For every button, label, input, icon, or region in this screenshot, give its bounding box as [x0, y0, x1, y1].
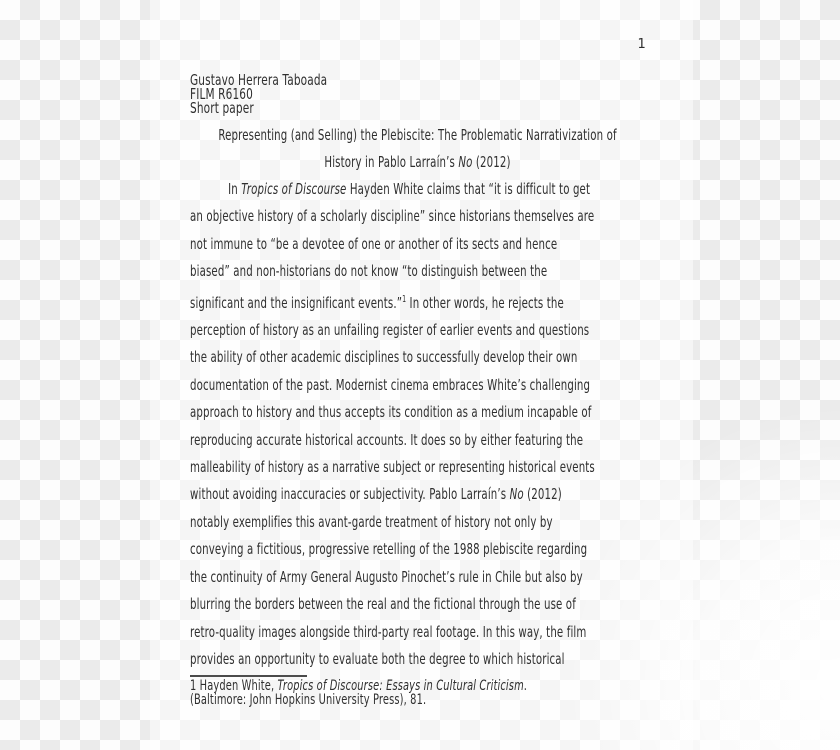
- text-segment: In other words, he rejects the: [406, 294, 564, 312]
- text-line: Short paper: [190, 101, 652, 115]
- text-line: the ability of other academic discipline…: [190, 344, 652, 371]
- text-line: not immune to “be a devotee of one or an…: [190, 231, 652, 258]
- text-segment: significant and the insignificant events…: [190, 294, 402, 312]
- text-line: malleability of history as a narrative s…: [190, 454, 652, 481]
- text-line: approach to history and thus accepts its…: [190, 399, 652, 426]
- text-segment: retro-quality images alongside third-par…: [190, 623, 586, 641]
- text-segment: In: [190, 180, 241, 198]
- text-segment: an objective history of a scholarly disc…: [190, 207, 594, 225]
- text-line: reproducing accurate historical accounts…: [190, 427, 652, 454]
- text-segment: provides an opportunity to evaluate both…: [190, 650, 565, 668]
- text-line: notably exemplifies this avant-garde tre…: [190, 509, 652, 536]
- text-line: History in Pablo Larraín’s No (2012): [190, 149, 645, 176]
- footnote: 1 Hayden White, Tropics of Discourse: Es…: [190, 679, 666, 707]
- text-segment: Tropics of Discourse: [241, 180, 346, 198]
- text-segment: reproducing accurate historical accounts…: [190, 431, 583, 449]
- text-segment: blurring the borders between the real an…: [190, 595, 576, 613]
- text-line: provides an opportunity to evaluate both…: [190, 646, 652, 673]
- text-segment: perception of history as an unfailing re…: [190, 321, 589, 339]
- text-segment: biased” and non-historians do not know “…: [190, 262, 547, 280]
- page-number: 1: [590, 37, 646, 52]
- text-segment: (Baltimore: John Hopkins University Pres…: [190, 692, 426, 708]
- text-line: without avoiding inaccuracies or subject…: [190, 481, 652, 508]
- text-line: perception of history as an unfailing re…: [190, 317, 652, 344]
- paper-title: Representing (and Selling) the Plebiscit…: [190, 122, 645, 177]
- text-segment: without avoiding inaccuracies or subject…: [190, 485, 510, 503]
- text-segment: History in Pablo Larraín’s: [324, 153, 458, 171]
- text-segment: No: [458, 153, 472, 171]
- text-line: Representing (and Selling) the Plebiscit…: [190, 122, 645, 149]
- text-segment: approach to history and thus accepts its…: [190, 403, 591, 421]
- body-paragraph: In Tropics of Discourse Hayden White cla…: [190, 176, 652, 673]
- author-header-block: Gustavo Herrera TaboadaFILM R6160Short p…: [190, 73, 652, 116]
- document-canvas: 1 Gustavo Herrera TaboadaFILM R6160Short…: [0, 0, 840, 750]
- text-line: blurring the borders between the real an…: [190, 591, 652, 618]
- text-line: significant and the insignificant events…: [190, 286, 652, 317]
- text-line: retro-quality images alongside third-par…: [190, 619, 652, 646]
- footnote-separator: [190, 675, 307, 677]
- text-segment: not immune to “be a devotee of one or an…: [190, 235, 557, 253]
- text-line: 1 Hayden White, Tropics of Discourse: Es…: [190, 679, 666, 693]
- text-line: the continuity of Army General Augusto P…: [190, 564, 652, 591]
- text-segment: (2012): [473, 153, 511, 171]
- text-line: FILM R6160: [190, 87, 652, 101]
- text-line: (Baltimore: John Hopkins University Pres…: [190, 693, 666, 707]
- text-segment: notably exemplifies this avant-garde tre…: [190, 513, 553, 531]
- text-line: In Tropics of Discourse Hayden White cla…: [190, 176, 652, 203]
- text-line: documentation of the past. Modernist cin…: [190, 372, 652, 399]
- text-segment: the ability of other academic discipline…: [190, 348, 577, 366]
- text-segment: documentation of the past. Modernist cin…: [190, 376, 590, 394]
- text-segment: .: [524, 678, 527, 694]
- text-line: an objective history of a scholarly disc…: [190, 203, 652, 230]
- text-segment: No: [510, 485, 524, 503]
- text-segment: Representing (and Selling) the Plebiscit…: [218, 126, 616, 144]
- text-line: conveying a fictitious, progressive rete…: [190, 536, 652, 563]
- text-line: biased” and non-historians do not know “…: [190, 258, 652, 285]
- text-segment: (2012): [524, 485, 562, 503]
- text-segment: Short paper: [190, 99, 254, 117]
- text-segment: Hayden White claims that “it is difficul…: [346, 180, 590, 198]
- text-line: Gustavo Herrera Taboada: [190, 73, 652, 87]
- text-segment: the continuity of Army General Augusto P…: [190, 568, 583, 586]
- text-segment: conveying a fictitious, progressive rete…: [190, 540, 587, 558]
- text-segment: malleability of history as a narrative s…: [190, 458, 595, 476]
